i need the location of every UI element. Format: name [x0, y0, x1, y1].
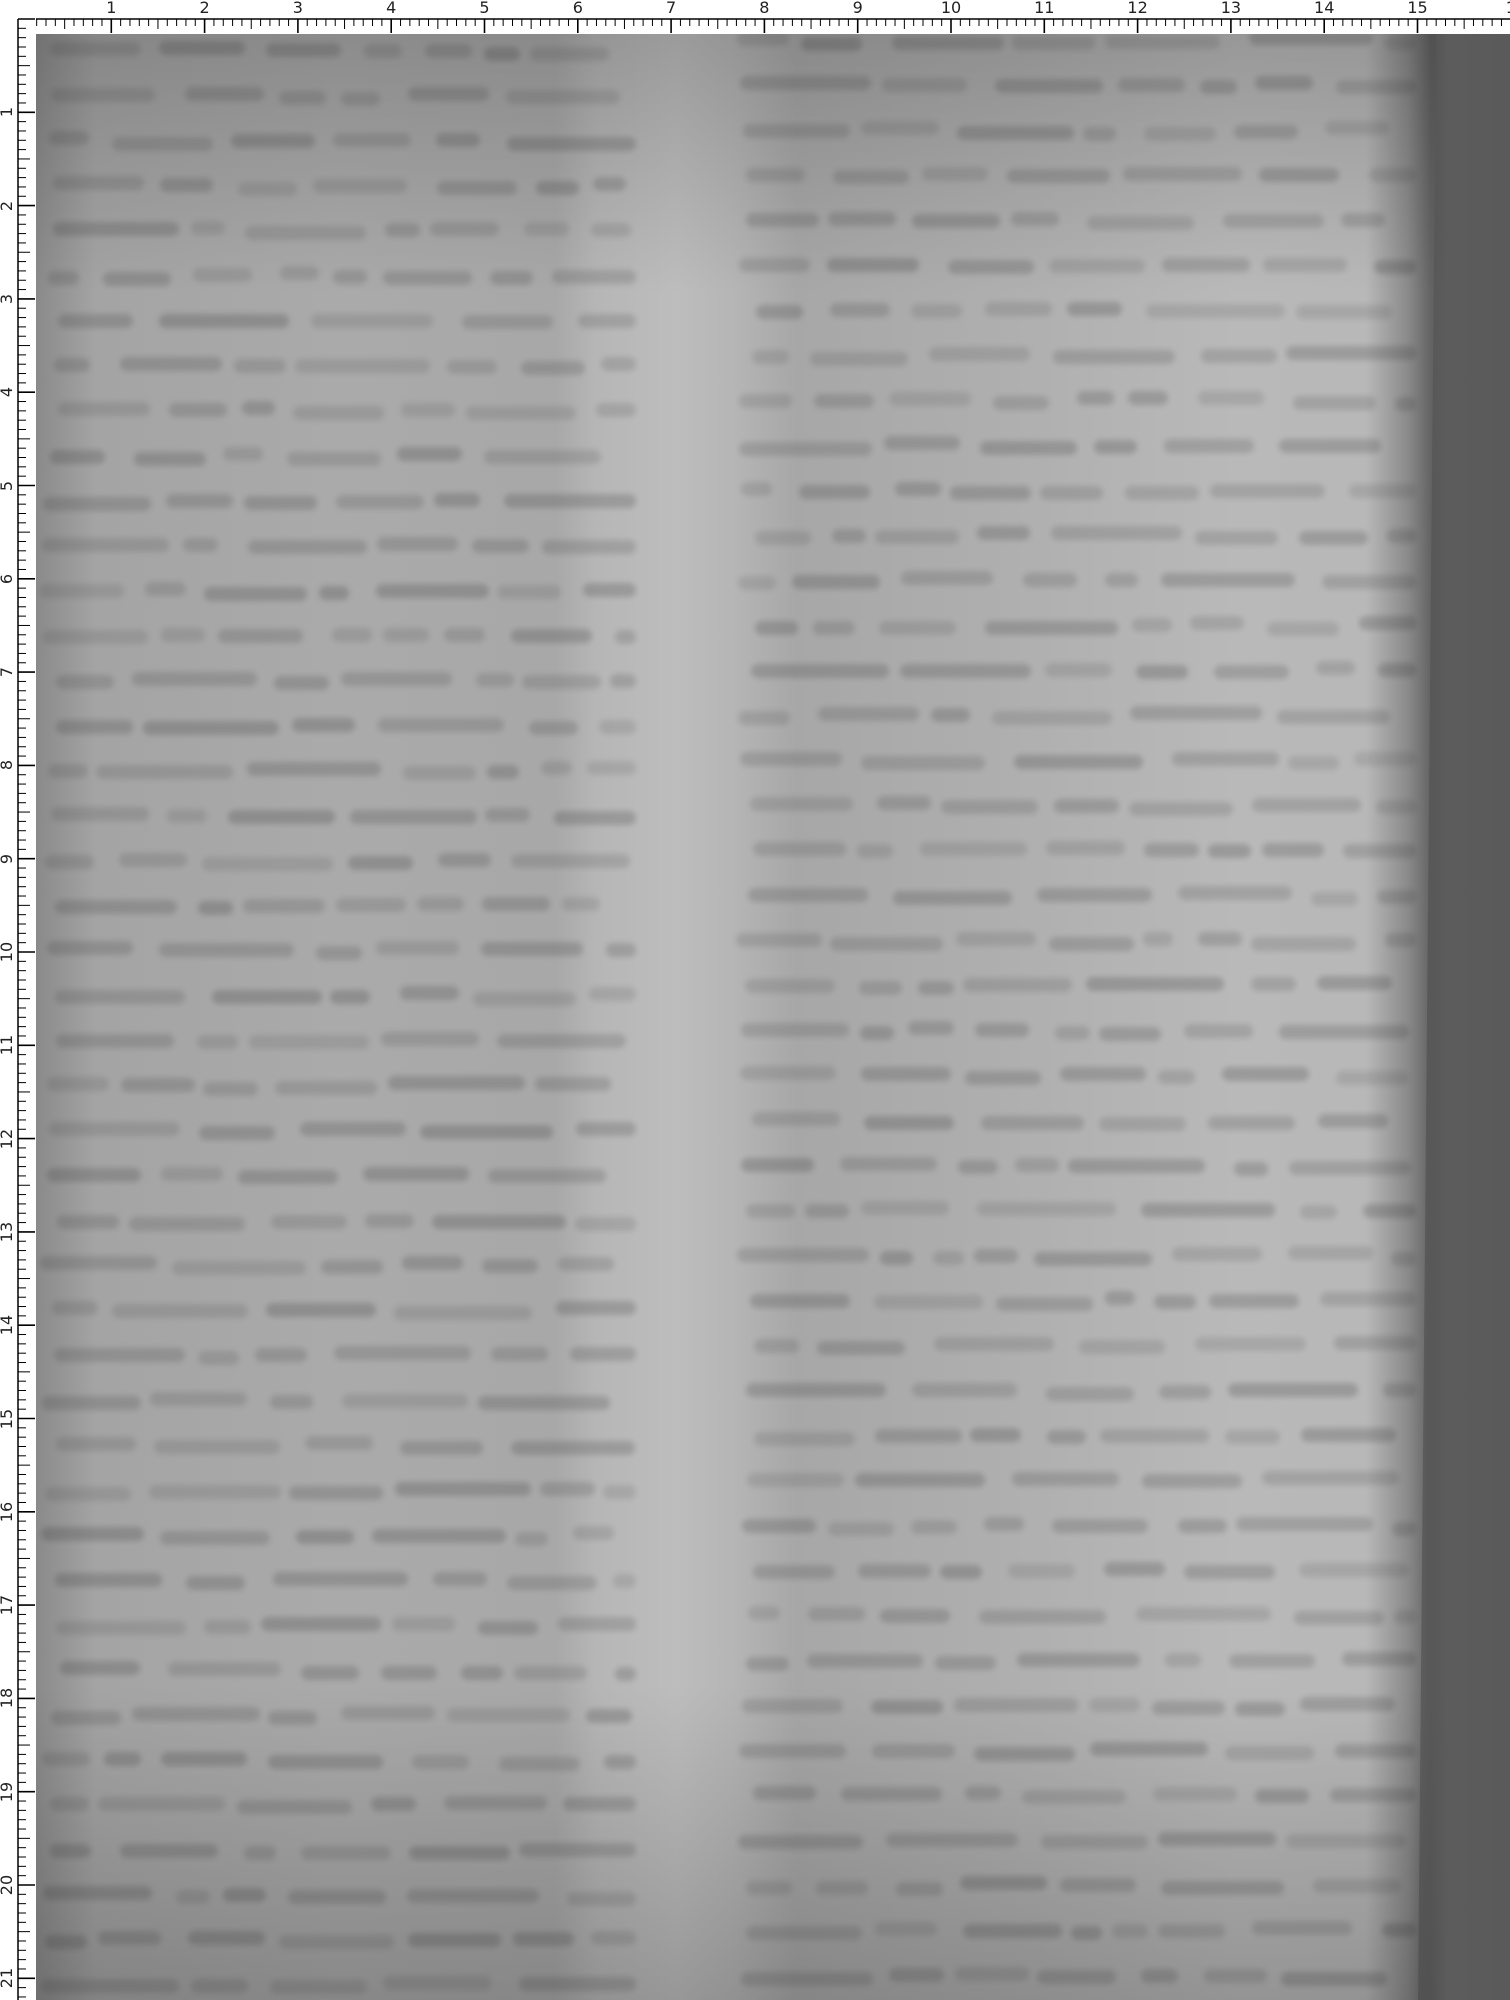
handwriting-stroke [56, 1034, 174, 1048]
handwriting-stroke [132, 1707, 260, 1721]
handwriting-stroke [1112, 1924, 1148, 1938]
handwriting-stroke [1045, 663, 1112, 677]
handwriting-stroke [381, 1032, 479, 1046]
handwriting-stroke [1288, 756, 1339, 770]
handwriting-stroke [41, 1527, 144, 1541]
handwriting-stroke [47, 1168, 141, 1182]
handwriting-stroke [1037, 1970, 1115, 1984]
handwriting-stroke [1234, 1162, 1268, 1176]
handwriting-stroke [42, 1752, 89, 1766]
handwriting-stroke [1054, 799, 1119, 813]
handwriting-stroke [1228, 1383, 1359, 1397]
handwriting-stroke [738, 711, 790, 725]
handwriting-stroke [613, 1574, 636, 1588]
handwriting-stroke [376, 941, 459, 955]
ruler-left-label: 14 [0, 1314, 15, 1336]
handwriting-stroke [1342, 1652, 1416, 1666]
handwriting-stroke [1377, 890, 1416, 904]
handwriting-stroke [55, 900, 177, 914]
handwriting-stroke [879, 621, 957, 635]
handwriting-stroke [407, 1889, 539, 1903]
handwriting-stroke [950, 486, 1031, 500]
handwriting-stroke [861, 121, 940, 135]
handwriting-stroke [524, 222, 569, 236]
handwriting-stroke [810, 352, 907, 366]
handwriting-stroke [1089, 1698, 1140, 1712]
handwriting-stroke [218, 629, 303, 643]
handwriting-stroke [860, 1026, 893, 1040]
handwriting-stroke [1190, 616, 1245, 630]
handwriting-stroke [1023, 573, 1077, 587]
handwriting-stroke [1374, 260, 1416, 274]
handwriting-stroke [1376, 800, 1416, 814]
ruler-left-label: 19 [0, 1781, 15, 1803]
handwriting-stroke [1184, 1565, 1274, 1579]
handwriting-stroke [1041, 1835, 1148, 1849]
handwriting-stroke [57, 1215, 119, 1229]
handwriting-stroke [963, 1924, 1062, 1938]
ruler-left: 123456789101112131415161718192021 [0, 0, 36, 2000]
handwriting-stroke [1263, 258, 1347, 272]
handwriting-stroke [583, 583, 636, 597]
handwriting-stroke [98, 1931, 161, 1945]
handwriting-stroke [150, 1392, 247, 1406]
handwriting-stroke [274, 676, 329, 690]
handwriting-stroke [912, 214, 999, 228]
handwriting-stroke [43, 630, 148, 644]
handwriting-stroke [430, 222, 499, 236]
handwriting-stroke [497, 585, 561, 599]
ruler-left-label: 1 [0, 101, 15, 123]
handwriting-stroke [417, 897, 463, 911]
handwriting-stroke [985, 621, 1118, 635]
handwriting-stroke [473, 992, 576, 1006]
handwriting-stroke [754, 1339, 799, 1353]
handwriting-stroke [1142, 1474, 1243, 1488]
handwriting-stroke [746, 1881, 792, 1895]
handwriting-stroke [48, 271, 79, 285]
handwriting-stroke [161, 1752, 248, 1766]
handwriting-stroke [530, 47, 609, 61]
ruler-top-label: 8 [759, 0, 769, 16]
handwriting-stroke [400, 1441, 483, 1455]
handwriting-stroke [447, 1708, 570, 1722]
ruler-left-label: 4 [0, 381, 15, 403]
handwriting-stroke [305, 1436, 373, 1450]
handwriting-stroke [1060, 1067, 1146, 1081]
handwriting-stroke [1100, 1429, 1209, 1443]
handwriting-stroke [238, 182, 297, 196]
handwriting-stroke [511, 629, 592, 643]
handwriting-stroke [243, 899, 325, 913]
handwriting-stroke [292, 718, 355, 732]
handwriting-stroke [615, 1667, 636, 1681]
handwriting-stroke [266, 43, 341, 57]
handwriting-stroke [817, 1341, 905, 1355]
handwriting-stroke [1259, 168, 1338, 182]
handwriting-stroke [333, 133, 411, 147]
handwriting-stroke [562, 897, 600, 911]
handwriting-stroke [1343, 844, 1416, 858]
handwriting-stroke [610, 674, 636, 688]
handwriting-stroke [578, 314, 636, 328]
handwriting-stroke [434, 493, 480, 507]
handwriting-stroke [1359, 616, 1416, 630]
handwriting-stroke [554, 811, 636, 825]
handwriting-stroke [828, 212, 896, 226]
handwriting-stroke [279, 1935, 393, 1949]
handwriting-stroke [855, 1473, 986, 1487]
handwriting-stroke [591, 223, 630, 237]
handwriting-stroke [957, 126, 1074, 140]
handwriting-stroke [204, 1620, 251, 1634]
handwriting-stroke [741, 1972, 873, 1986]
handwriting-stroke [746, 168, 805, 182]
handwriting-stroke [462, 315, 553, 329]
handwriting-stroke [920, 842, 1027, 856]
handwriting-stroke [273, 1572, 408, 1586]
handwriting-stroke [974, 1747, 1075, 1761]
handwriting-stroke [552, 270, 636, 284]
handwriting-stroke [49, 131, 89, 145]
handwriting-stroke [875, 1429, 962, 1443]
handwriting-stroke [270, 1980, 367, 1994]
ruler-top-label: 7 [666, 0, 676, 16]
handwriting-stroke [750, 797, 853, 811]
handwriting-stroke [433, 1572, 487, 1586]
handwriting-stroke [754, 1432, 855, 1446]
handwriting-stroke [129, 1217, 245, 1231]
handwriting-stroke [482, 1259, 538, 1273]
ruler-left-label: 20 [0, 1874, 15, 1896]
handwriting-stroke [1382, 1923, 1416, 1937]
handwriting-stroke [558, 1617, 636, 1631]
handwriting-stroke [45, 1935, 87, 1949]
handwriting-stroke [861, 756, 986, 770]
handwriting-stroke [50, 42, 142, 56]
handwriting-stroke [858, 1564, 931, 1578]
handwriting-stroke [529, 721, 578, 735]
handwriting-stroke [244, 1846, 276, 1860]
handwriting-stroke [1198, 932, 1242, 946]
handwriting-stroke [745, 979, 835, 993]
handwriting-stroke [401, 403, 456, 417]
handwriting-stroke [1349, 484, 1416, 498]
handwriting-stroke [490, 271, 533, 285]
handwriting-stroke [814, 394, 874, 408]
handwriting-stroke [934, 1337, 1054, 1351]
handwriting-stroke [1152, 1701, 1225, 1715]
handwriting-stroke [872, 1744, 955, 1758]
handwriting-stroke [1320, 1292, 1416, 1306]
handwriting-stroke [912, 1383, 1018, 1397]
handwriting-stroke [159, 943, 294, 957]
handwriting-stroke [1184, 1024, 1253, 1038]
handwriting-stroke [970, 1428, 1020, 1442]
ruler-left-label: 18 [0, 1687, 15, 1709]
handwriting-stroke [385, 223, 421, 237]
handwriting-stroke [268, 1711, 317, 1725]
handwriting-stroke [444, 628, 485, 642]
handwriting-stroke [420, 1125, 552, 1139]
handwriting-stroke [741, 1158, 814, 1172]
handwriting-stroke [996, 1297, 1093, 1311]
handwriting-stroke [886, 1833, 1018, 1847]
handwriting-stroke [1068, 1159, 1205, 1173]
handwriting-stroke [488, 1169, 606, 1183]
handwriting-stroke [1046, 1387, 1134, 1401]
handwriting-stroke [741, 482, 771, 496]
handwriting-stroke [747, 1473, 844, 1487]
handwriting-stroke [1128, 391, 1169, 405]
handwriting-stroke [1153, 1787, 1237, 1801]
handwriting-stroke [341, 672, 451, 686]
handwriting-stroke [1052, 1519, 1148, 1533]
handwriting-stroke [437, 181, 517, 195]
handwriting-stroke [1046, 841, 1126, 855]
handwriting-stroke [270, 1395, 313, 1409]
handwriting-stroke [840, 1157, 937, 1171]
handwriting-stroke [984, 1517, 1024, 1531]
handwriting-stroke [1300, 1205, 1336, 1219]
handwriting-stroke [604, 1755, 636, 1769]
ruler-left-label: 2 [0, 195, 15, 217]
handwriting-stroke [940, 1565, 982, 1579]
handwriting-stroke [738, 1835, 863, 1849]
handwriting-stroke [408, 1933, 501, 1947]
handwriting-stroke [288, 1890, 386, 1904]
handwriting-stroke [818, 707, 919, 721]
handwriting-stroke [877, 796, 931, 810]
handwriting-stroke [255, 1348, 307, 1362]
handwriting-stroke [1395, 397, 1416, 411]
handwriting-stroke [1316, 661, 1355, 675]
handwriting-stroke [739, 442, 872, 456]
handwriting-stroke [56, 1437, 136, 1451]
handwriting-stroke [1132, 618, 1173, 632]
handwriting-stroke [169, 403, 227, 417]
handwriting-stroke [922, 167, 988, 181]
handwriting-stroke [948, 260, 1034, 274]
handwriting-stroke [1363, 1204, 1416, 1218]
ruler-top-label: 5 [479, 0, 489, 16]
handwriting-stroke [1222, 1067, 1309, 1081]
handwriting-stroke [750, 1294, 850, 1308]
handwriting-stroke [1162, 258, 1249, 272]
handwriting-stroke [1099, 1117, 1186, 1131]
handwriting-stroke [234, 359, 286, 373]
handwriting-stroke [497, 1034, 626, 1048]
handwriting-stroke [112, 1304, 248, 1318]
handwriting-stroke [739, 394, 792, 408]
handwriting-stroke [506, 90, 619, 104]
handwriting-stroke [1012, 36, 1095, 50]
handwriting-stroke [48, 764, 88, 778]
handwriting-stroke [333, 270, 366, 284]
handwriting-stroke [935, 1656, 997, 1670]
handwriting-stroke [388, 1076, 525, 1090]
handwriting-stroke [1118, 78, 1186, 92]
ruler-left-label: 21 [0, 1967, 15, 1989]
handwriting-stroke [830, 303, 890, 317]
handwriting-stroke [1011, 212, 1059, 226]
handwriting-stroke [188, 1931, 265, 1945]
handwriting-stroke [199, 1126, 274, 1140]
handwriting-stroke [365, 1214, 414, 1228]
handwriting-stroke [1158, 1924, 1226, 1938]
handwriting-stroke [1255, 1789, 1310, 1803]
handwriting-stroke [737, 34, 789, 46]
handwriting-stroke [1299, 531, 1368, 545]
handwriting-stroke [841, 1787, 942, 1801]
handwriting-stroke [587, 761, 636, 775]
handwriting-stroke [960, 1876, 1047, 1890]
handwriting-stroke [238, 1170, 339, 1184]
handwriting-stroke [183, 538, 219, 552]
handwriting-stroke [247, 762, 381, 776]
handwriting-stroke [1369, 168, 1416, 182]
handwriting-stroke [203, 1082, 258, 1096]
handwriting-stroke [476, 673, 513, 687]
handwriting-stroke [47, 941, 133, 955]
ruler-left-label: 3 [0, 288, 15, 310]
handwriting-stroke [1210, 484, 1325, 498]
handwriting-stroke [58, 402, 151, 416]
handwriting-stroke [166, 494, 233, 508]
handwriting-stroke [432, 1215, 566, 1229]
ruler-top-label: 3 [293, 0, 303, 16]
handwriting-stroke [342, 1394, 469, 1408]
handwriting-stroke [880, 1609, 950, 1623]
handwriting-stroke [736, 933, 821, 947]
handwriting-stroke [316, 946, 362, 960]
handwriting-stroke [1394, 1610, 1416, 1624]
handwriting-stroke [198, 1351, 239, 1365]
handwriting-stroke [121, 1078, 195, 1092]
handwriting-stroke [827, 258, 920, 272]
handwriting-stroke [159, 314, 290, 328]
handwriting-stroke [348, 856, 413, 870]
handwriting-stroke [1017, 1653, 1139, 1667]
handwriting-stroke [1225, 1746, 1314, 1760]
handwriting-stroke [1158, 1832, 1276, 1846]
handwriting-stroke [400, 986, 459, 1000]
handwriting-stroke [541, 761, 572, 775]
handwriting-stroke [1034, 1252, 1152, 1266]
handwriting-stroke [875, 530, 960, 544]
ruler-left-label: 5 [0, 475, 15, 497]
handwriting-stroke [350, 810, 477, 824]
handwriting-stroke [447, 360, 497, 374]
handwriting-stroke [975, 1023, 1029, 1037]
ruler-left-label: 9 [0, 848, 15, 870]
handwriting-stroke [977, 1202, 1116, 1216]
ruler-top-label: 4 [386, 0, 396, 16]
handwriting-stroke [132, 672, 257, 686]
ruler-top-label: 9 [853, 0, 863, 16]
handwriting-stroke [1195, 531, 1278, 545]
handwriting-stroke [1146, 304, 1285, 318]
ruler-top-label: 1 [106, 0, 116, 16]
handwriting-stroke [112, 137, 213, 151]
handwriting-stroke [752, 350, 788, 364]
handwriting-stroke [499, 1757, 581, 1771]
handwriting-stroke [740, 76, 870, 90]
handwriting-stroke [748, 888, 868, 902]
handwriting-stroke [954, 1698, 1077, 1712]
handwriting-stroke [965, 1786, 1001, 1800]
handwriting-stroke [556, 1301, 636, 1315]
handwriting-stroke [167, 809, 207, 823]
handwriting-stroke [261, 1617, 381, 1631]
handwriting-stroke [237, 1800, 351, 1814]
handwriting-stroke [55, 990, 185, 1004]
handwriting-stroke [301, 1846, 391, 1860]
handwriting-stroke [1288, 1246, 1373, 1260]
handwriting-stroke [1125, 486, 1199, 500]
handwriting-stroke [54, 1348, 185, 1362]
ruler-top-label: 1 [1506, 0, 1510, 16]
handwriting-stroke [601, 357, 636, 371]
handwriting-stroke [487, 765, 518, 779]
handwriting-stroke [461, 1666, 503, 1680]
handwriting-stroke [1087, 216, 1194, 230]
handwriting-stroke [1279, 439, 1381, 453]
handwriting-stroke [191, 1979, 248, 1993]
handwriting-stroke [1049, 937, 1134, 951]
handwriting-stroke [1325, 121, 1389, 135]
handwriting-stroke [376, 584, 489, 598]
handwriting-stroke [1178, 1519, 1228, 1533]
handwriting-stroke [1099, 1027, 1161, 1041]
handwriting-stroke [746, 1383, 886, 1397]
handwriting-stroke [1159, 1385, 1211, 1399]
handwriting-stroke [1225, 1430, 1280, 1444]
handwriting-stroke [120, 1844, 218, 1858]
handwriting-stroke [1104, 1562, 1165, 1576]
handwriting-stroke [478, 1396, 609, 1410]
manuscript-scan [36, 34, 1510, 2000]
handwriting-stroke [606, 943, 636, 957]
handwriting-stroke [573, 1526, 614, 1540]
handwriting-stroke [1123, 167, 1242, 181]
handwriting-stroke [739, 258, 810, 272]
handwriting-stroke [472, 539, 529, 553]
handwriting-stroke [334, 1346, 470, 1360]
handwriting-stroke [1105, 1291, 1135, 1305]
handwriting-stroke [511, 854, 631, 868]
handwriting-stroke [271, 1215, 347, 1229]
handwriting-stroke [1178, 886, 1292, 900]
handwriting-stroke [1294, 1611, 1384, 1625]
handwriting-stroke [596, 403, 636, 417]
handwriting-stroke [1300, 1697, 1394, 1711]
handwriting-stroke [1383, 1383, 1416, 1397]
handwriting-stroke [1385, 36, 1416, 50]
handwriting-stroke [893, 891, 1012, 905]
handwriting-stroke [748, 1606, 780, 1620]
handwriting-stroke [740, 752, 842, 766]
handwriting-stroke [402, 1256, 463, 1270]
handwriting-stroke [1083, 127, 1115, 141]
handwriting-stroke [168, 1662, 281, 1676]
handwriting-stroke [576, 1122, 636, 1136]
handwriting-stroke [1037, 888, 1152, 902]
handwriting-stroke [145, 582, 186, 596]
handwriting-stroke [1079, 1340, 1165, 1354]
handwriting-stroke [311, 314, 432, 328]
handwriting-stroke [275, 1081, 377, 1095]
